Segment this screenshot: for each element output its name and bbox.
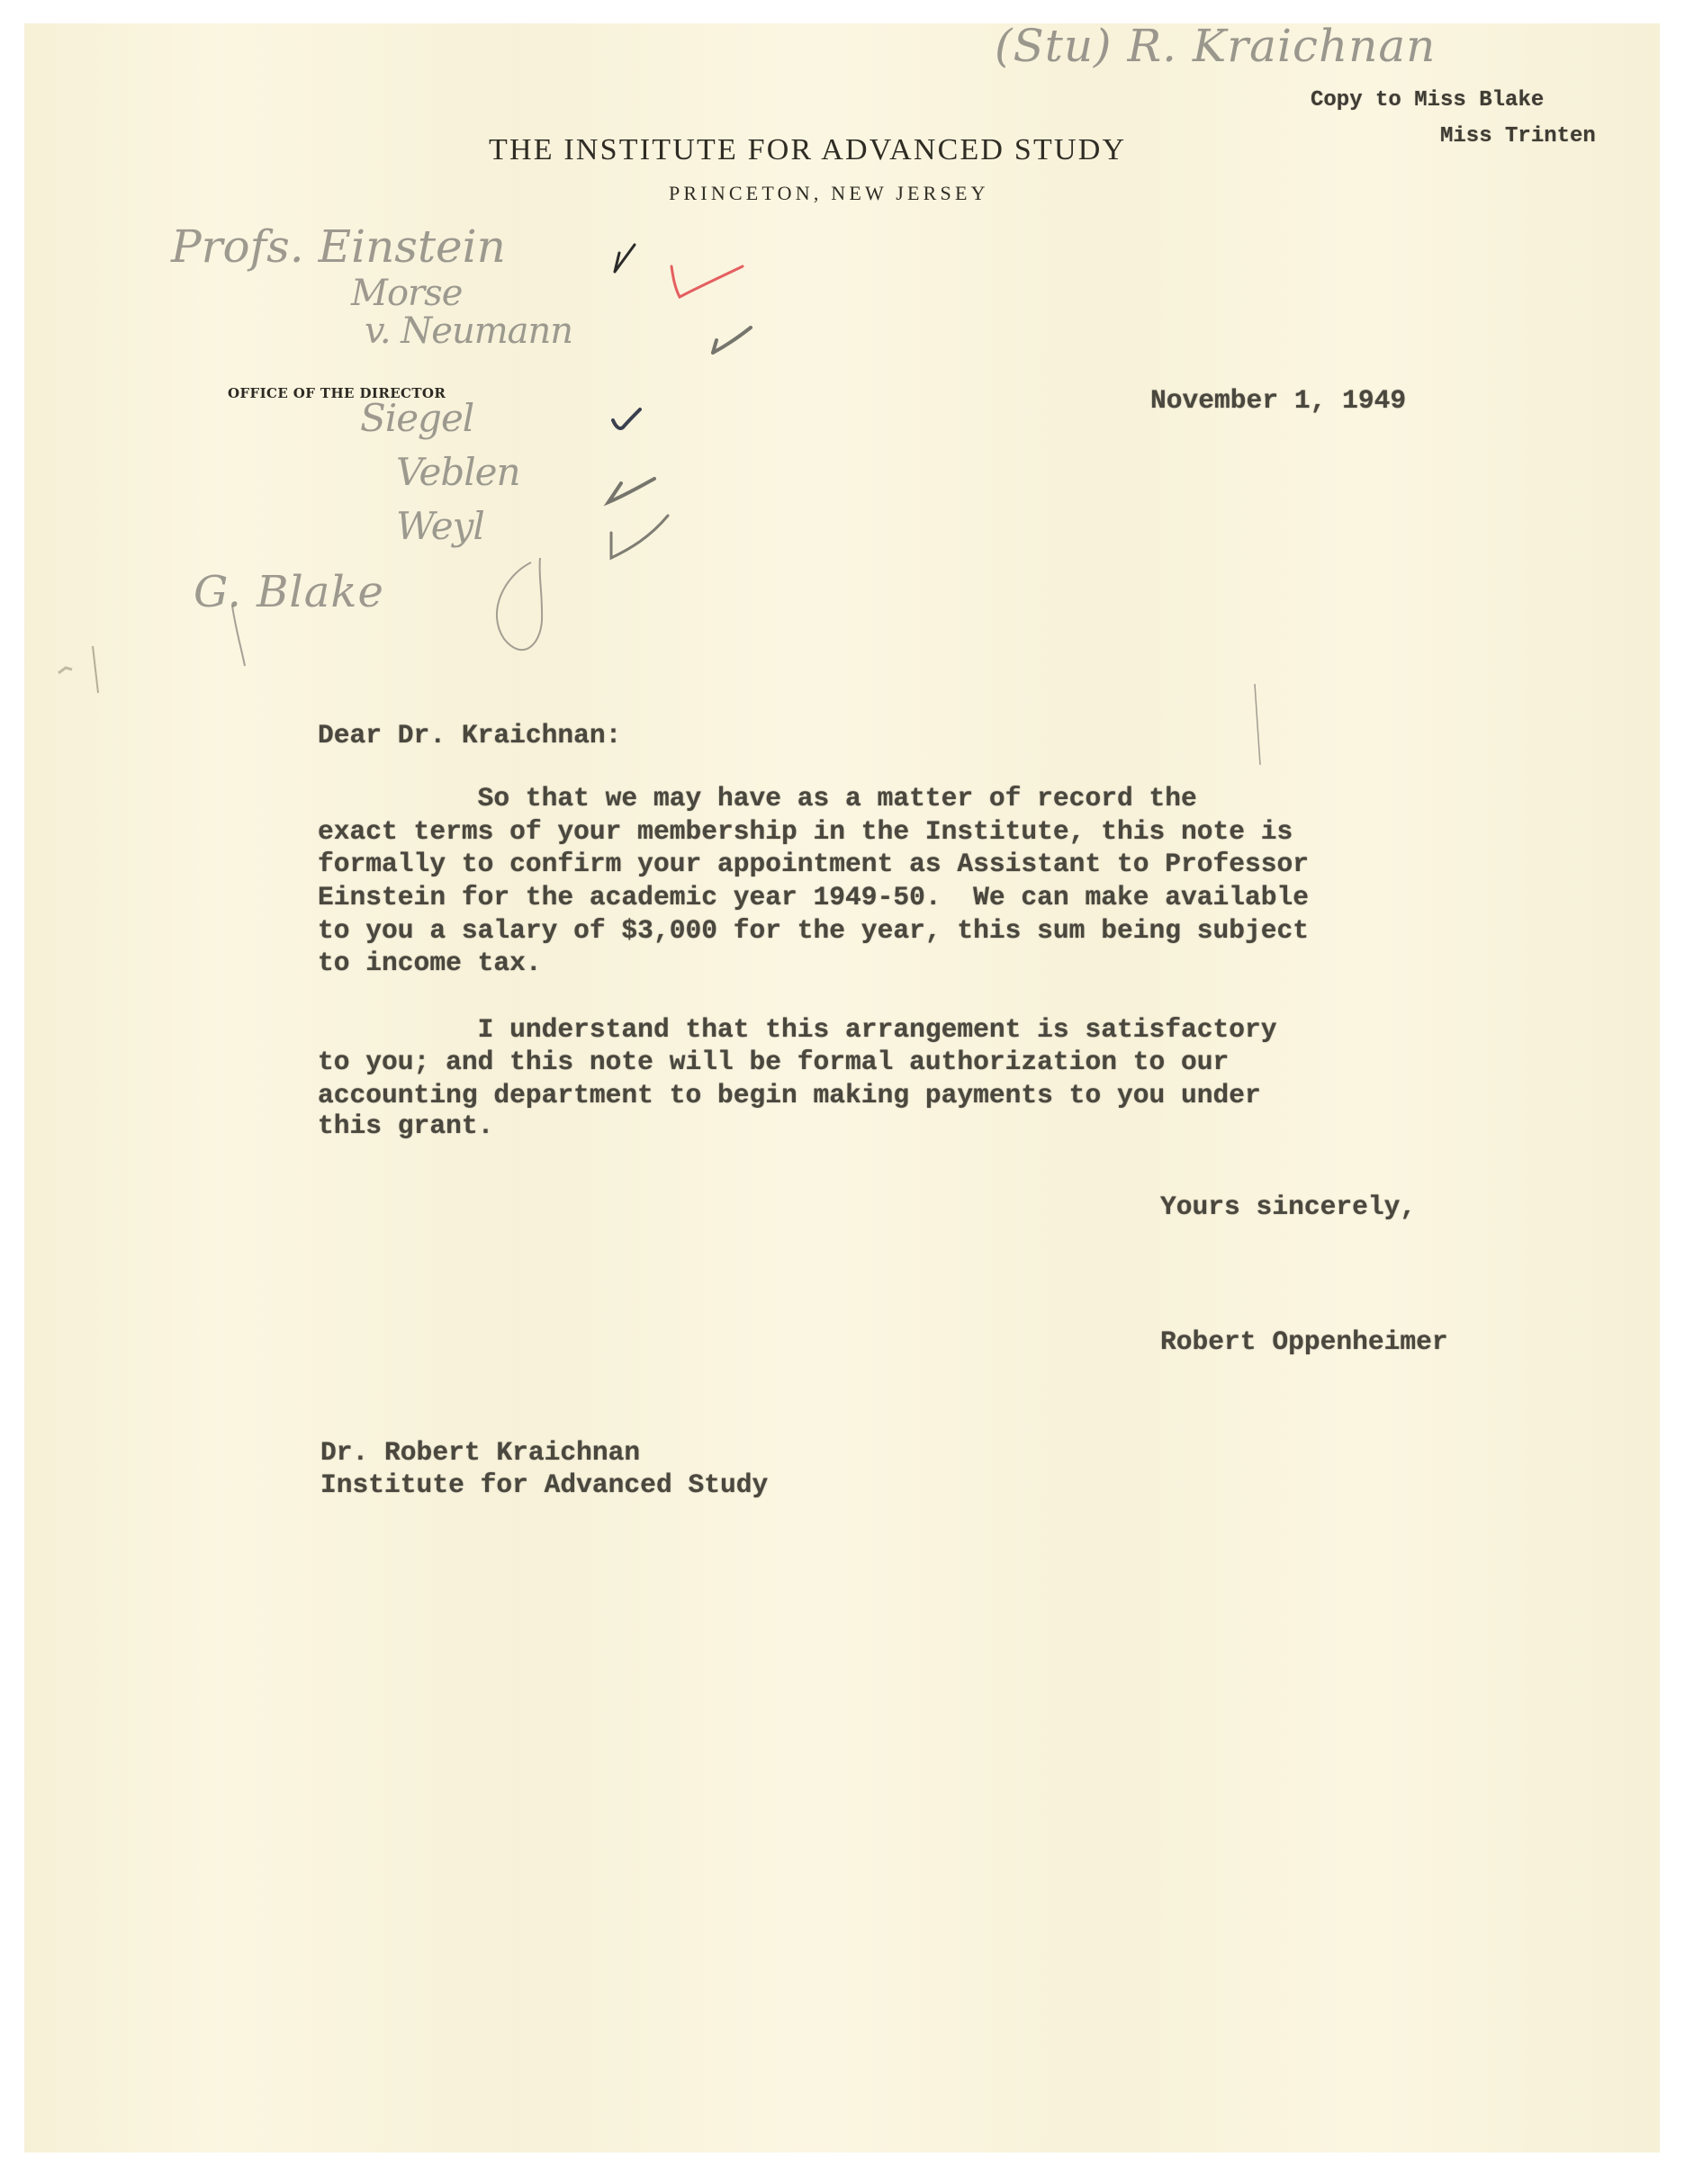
- recipient-address: Institute for Advanced Study: [320, 1469, 768, 1500]
- routing-name-morse: Morse: [351, 273, 462, 314]
- paragraph-line: exact terms of your membership in the In…: [318, 816, 1293, 847]
- routing-name-einstein: Profs. Einstein: [171, 220, 506, 273]
- letterhead-institution: THE INSTITUTE FOR ADVANCED STUDY: [489, 133, 1126, 167]
- paragraph-line: I understand that this arrangement is sa…: [318, 1014, 1277, 1045]
- signer-name: Robert Oppenheimer: [1160, 1326, 1448, 1357]
- letterhead-location: PRINCETON, NEW JERSEY: [669, 182, 989, 205]
- paragraph-line: So that we may have as a matter of recor…: [318, 783, 1197, 813]
- closing: Yours sincerely,: [1160, 1191, 1416, 1222]
- salutation: Dear Dr. Kraichnan:: [318, 720, 621, 750]
- copy-to-line-2: Miss Trinten: [1440, 124, 1596, 148]
- handwritten-recipient-note: (Stu) R. Kraichnan: [995, 20, 1436, 72]
- routing-name-blake: G. Blake: [194, 567, 384, 617]
- paragraph-line: to you; and this note will be formal aut…: [318, 1047, 1229, 1077]
- routing-name-siegel: Siegel: [360, 396, 473, 440]
- paragraph-line: to you a salary of $3,000 for the year, …: [318, 915, 1309, 946]
- paragraph-line: Einstein for the academic year 1949-50. …: [318, 882, 1309, 912]
- routing-name-veblen: Veblen: [396, 450, 520, 494]
- paragraph-line: formally to confirm your appointment as …: [318, 849, 1309, 879]
- routing-name-von-neumann: v. Neumann: [365, 310, 572, 352]
- recipient-name: Dr. Robert Kraichnan: [320, 1437, 640, 1468]
- routing-name-weyl: Weyl: [396, 504, 484, 548]
- letter-date: November 1, 1949: [1150, 385, 1406, 416]
- paragraph-line: accounting department to begin making pa…: [318, 1080, 1261, 1110]
- paragraph-line: to income tax.: [318, 948, 542, 978]
- copy-to-line-1: Copy to Miss Blake: [1311, 88, 1544, 112]
- paragraph-line: this grant.: [318, 1110, 493, 1141]
